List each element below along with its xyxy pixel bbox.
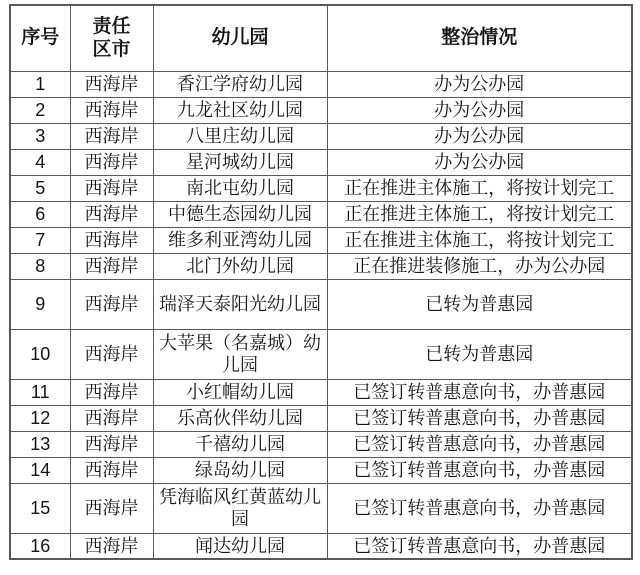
cell-status: 正在推进主体施工，将按计划完工	[327, 201, 632, 227]
cell-district: 西海岸	[70, 71, 153, 97]
cell-status: 已签订转普惠意向书，办普惠园	[327, 483, 632, 533]
cell-no: 11	[10, 379, 70, 405]
table-row: 7西海岸维多利亚湾幼儿园正在推进主体施工，将按计划完工	[10, 227, 632, 253]
cell-kindergarten: 香江学府幼儿园	[153, 71, 327, 97]
table-header: 序号 责任 区市 幼儿园 整治情况	[10, 5, 632, 71]
cell-no: 3	[10, 123, 70, 149]
cell-status: 办为公办园	[327, 97, 632, 123]
cell-kindergarten: 凭海临风红黄蓝幼儿园	[153, 483, 327, 533]
cell-district: 西海岸	[70, 431, 153, 457]
cell-district: 西海岸	[70, 201, 153, 227]
table-row: 13西海岸千禧幼儿园已签订转普惠意向书，办普惠园	[10, 431, 632, 457]
cell-kindergarten: 小红帽幼儿园	[153, 379, 327, 405]
table-row: 2西海岸九龙社区幼儿园办为公办园	[10, 97, 632, 123]
cell-status: 已签订转普惠意向书，办普惠园	[327, 405, 632, 431]
cell-kindergarten: 北门外幼儿园	[153, 253, 327, 279]
table-row: 8西海岸北门外幼儿园正在推进装修施工，办为公办园	[10, 253, 632, 279]
cell-district: 西海岸	[70, 227, 153, 253]
table-row: 11西海岸小红帽幼儿园已签订转普惠意向书，办普惠园	[10, 379, 632, 405]
cell-district: 西海岸	[70, 533, 153, 559]
document-page: 序号 责任 区市 幼儿园 整治情况 1西海岸香江学府幼儿园办为公办园2西海岸九龙…	[0, 0, 640, 560]
cell-no: 9	[10, 279, 70, 329]
cell-kindergarten: 闻达幼儿园	[153, 533, 327, 559]
header-cell-kindergarten: 幼儿园	[153, 5, 327, 71]
cell-kindergarten: 八里庄幼儿园	[153, 123, 327, 149]
cell-kindergarten: 瑞泽天泰阳光幼儿园	[153, 279, 327, 329]
cell-kindergarten: 维多利亚湾幼儿园	[153, 227, 327, 253]
cell-status: 办为公办园	[327, 149, 632, 175]
cell-kindergarten: 中德生态园幼儿园	[153, 201, 327, 227]
table-row: 4西海岸星河城幼儿园办为公办园	[10, 149, 632, 175]
cell-district: 西海岸	[70, 457, 153, 483]
header-cell-no: 序号	[10, 5, 70, 71]
cell-district: 西海岸	[70, 483, 153, 533]
table-row: 14西海岸绿岛幼儿园已签订转普惠意向书，办普惠园	[10, 457, 632, 483]
cell-kindergarten: 九龙社区幼儿园	[153, 97, 327, 123]
table-row: 1西海岸香江学府幼儿园办为公办园	[10, 71, 632, 97]
cell-district: 西海岸	[70, 379, 153, 405]
cell-district: 西海岸	[70, 97, 153, 123]
table-row: 3西海岸八里庄幼儿园办为公办园	[10, 123, 632, 149]
cell-district: 西海岸	[70, 405, 153, 431]
cell-kindergarten: 南北屯幼儿园	[153, 175, 327, 201]
cell-status: 正在推进主体施工，将按计划完工	[327, 175, 632, 201]
cell-no: 10	[10, 329, 70, 379]
table-row: 15西海岸凭海临风红黄蓝幼儿园已签订转普惠意向书，办普惠园	[10, 483, 632, 533]
cell-district: 西海岸	[70, 123, 153, 149]
table-body: 1西海岸香江学府幼儿园办为公办园2西海岸九龙社区幼儿园办为公办园3西海岸八里庄幼…	[10, 71, 632, 559]
cell-district: 西海岸	[70, 149, 153, 175]
cell-status: 办为公办园	[327, 71, 632, 97]
cell-kindergarten: 绿岛幼儿园	[153, 457, 327, 483]
cell-status: 已签订转普惠意向书，办普惠园	[327, 533, 632, 559]
kindergarten-rectification-table: 序号 责任 区市 幼儿园 整治情况 1西海岸香江学府幼儿园办为公办园2西海岸九龙…	[9, 4, 633, 560]
table-row: 9西海岸瑞泽天泰阳光幼儿园已转为普惠园	[10, 279, 632, 329]
cell-status: 办为公办园	[327, 123, 632, 149]
cell-status: 已签订转普惠意向书，办普惠园	[327, 457, 632, 483]
header-row: 序号 责任 区市 幼儿园 整治情况	[10, 5, 632, 71]
cell-kindergarten: 星河城幼儿园	[153, 149, 327, 175]
cell-district: 西海岸	[70, 329, 153, 379]
cell-no: 13	[10, 431, 70, 457]
cell-kindergarten: 大苹果（名嘉城）幼儿园	[153, 329, 327, 379]
cell-no: 12	[10, 405, 70, 431]
cell-no: 14	[10, 457, 70, 483]
table-row: 16西海岸闻达幼儿园已签订转普惠意向书，办普惠园	[10, 533, 632, 559]
cell-no: 4	[10, 149, 70, 175]
cell-no: 8	[10, 253, 70, 279]
cell-status: 已转为普惠园	[327, 329, 632, 379]
cell-status: 已签订转普惠意向书，办普惠园	[327, 431, 632, 457]
cell-no: 16	[10, 533, 70, 559]
cell-status: 正在推进装修施工，办为公办园	[327, 253, 632, 279]
cell-status: 已签订转普惠意向书，办普惠园	[327, 379, 632, 405]
cell-status: 已转为普惠园	[327, 279, 632, 329]
table-row: 5西海岸南北屯幼儿园正在推进主体施工，将按计划完工	[10, 175, 632, 201]
cell-district: 西海岸	[70, 253, 153, 279]
cell-no: 2	[10, 97, 70, 123]
cell-district: 西海岸	[70, 175, 153, 201]
table-row: 12西海岸乐高伙伴幼儿园已签订转普惠意向书，办普惠园	[10, 405, 632, 431]
header-cell-district: 责任 区市	[70, 5, 153, 71]
cell-no: 7	[10, 227, 70, 253]
cell-no: 5	[10, 175, 70, 201]
cell-kindergarten: 乐高伙伴幼儿园	[153, 405, 327, 431]
cell-status: 正在推进主体施工，将按计划完工	[327, 227, 632, 253]
cell-no: 15	[10, 483, 70, 533]
table-row: 6西海岸中德生态园幼儿园正在推进主体施工，将按计划完工	[10, 201, 632, 227]
cell-no: 6	[10, 201, 70, 227]
table-row: 10西海岸大苹果（名嘉城）幼儿园已转为普惠园	[10, 329, 632, 379]
cell-no: 1	[10, 71, 70, 97]
header-cell-status: 整治情况	[327, 5, 632, 71]
cell-district: 西海岸	[70, 279, 153, 329]
cell-kindergarten: 千禧幼儿园	[153, 431, 327, 457]
